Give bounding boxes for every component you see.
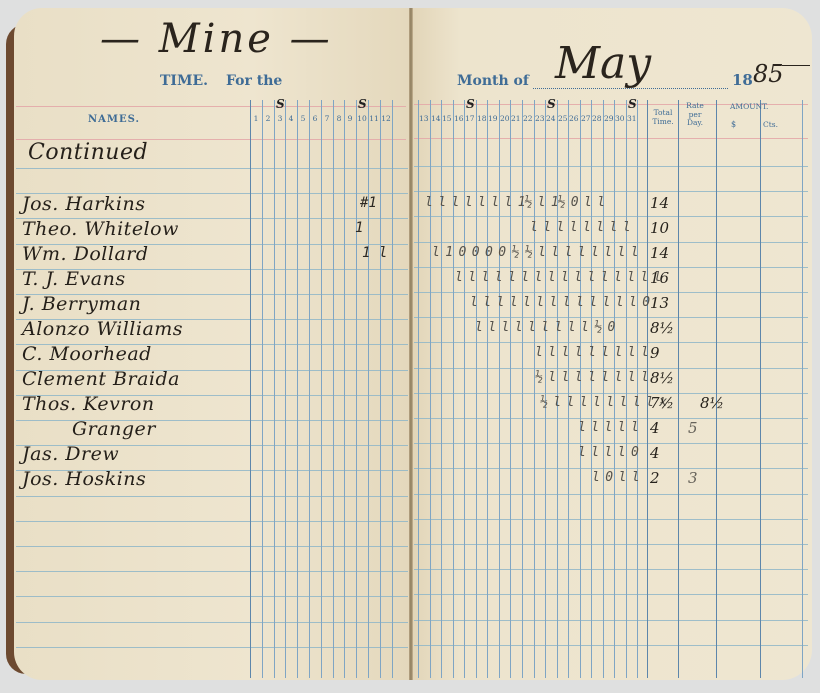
- day-header-7: 7: [322, 114, 333, 123]
- day-header-13: 13: [418, 114, 429, 123]
- row-rule: [16, 622, 408, 623]
- column-rule: [580, 100, 581, 678]
- row-rule: [414, 368, 808, 369]
- total-time-header: Total Time.: [649, 108, 677, 126]
- total-time-value: 4: [650, 444, 690, 462]
- day-marks-right: l l l l l l l l: [530, 220, 629, 235]
- row-rule: [414, 468, 808, 469]
- employee-name: Alonzo Williams: [22, 318, 183, 340]
- row-rule: [16, 571, 408, 572]
- employee-name: Clement Braida: [22, 368, 180, 390]
- column-rule: [716, 100, 717, 678]
- column-rule: [333, 100, 334, 678]
- total-time-value: 7½: [650, 394, 690, 412]
- column-rule: [522, 100, 523, 678]
- row-rule: [414, 418, 808, 419]
- day-header-11: 11: [369, 114, 380, 123]
- column-rule: [603, 100, 604, 678]
- row-rule: [16, 496, 408, 497]
- rate-header-line3: Day.: [680, 119, 710, 128]
- column-rule: [464, 100, 465, 678]
- day-marks-left: #1: [360, 195, 377, 211]
- row-rule: [16, 647, 408, 648]
- row-rule: [414, 645, 808, 646]
- header-rule-top: [16, 106, 406, 107]
- column-rule: [487, 100, 488, 678]
- employee-name: Jos. Hoskins: [22, 468, 146, 490]
- employee-name: J. Berryman: [22, 293, 141, 315]
- rate-per-day-header: Rate per Day.: [680, 102, 710, 128]
- year-flourish: [782, 65, 810, 66]
- total-time-header-line2: Time.: [649, 117, 677, 126]
- rate-per-day-value: 8½: [700, 394, 724, 412]
- column-rule: [647, 100, 648, 678]
- handwritten-title: — Mine —: [100, 16, 333, 62]
- year-suffix: 85: [753, 60, 784, 88]
- total-time-value: 10: [650, 219, 690, 237]
- day-marks-right: l 0 l l: [592, 470, 638, 485]
- names-column-header: NAMES.: [88, 114, 140, 125]
- total-time-value: 4: [650, 419, 690, 437]
- column-rule: [614, 100, 615, 678]
- header-rule-bottom-right: [414, 138, 808, 139]
- column-rule: [557, 100, 558, 678]
- year-prefix: 18: [732, 71, 753, 89]
- day-header-27: 27: [580, 114, 591, 123]
- column-rule: [802, 100, 803, 678]
- day-header-26: 26: [568, 114, 579, 123]
- cents-header: Cts.: [763, 120, 778, 129]
- day-header-16: 16: [453, 114, 464, 123]
- employee-name: C. Moorhead: [22, 343, 152, 365]
- total-time-value: 14: [650, 194, 690, 212]
- day-header-28: 28: [591, 114, 602, 123]
- row-rule: [16, 596, 408, 597]
- row-rule: [414, 317, 808, 318]
- row-rule: [414, 544, 808, 545]
- column-rule: [297, 100, 298, 678]
- column-rule: [591, 100, 592, 678]
- column-rule: [476, 100, 477, 678]
- day-header-24: 24: [545, 114, 556, 123]
- total-time-value: 2: [650, 469, 690, 487]
- column-rule: [418, 100, 419, 678]
- row-rule: [414, 494, 808, 495]
- row-rule: [414, 342, 808, 343]
- employee-name: Wm. Dollard: [22, 243, 149, 265]
- row-rule: [414, 267, 808, 268]
- day-header-10: 10: [357, 114, 368, 123]
- employee-name: Jos. Harkins: [22, 193, 145, 215]
- column-rule: [309, 100, 310, 678]
- amount-header: AMOUNT.: [730, 102, 768, 111]
- column-rule: [545, 100, 546, 678]
- row-rule: [414, 292, 808, 293]
- day-marks-right: l l l l l l l l l l l l l l l l: [455, 270, 660, 285]
- sunday-mark-day-31: S: [628, 97, 637, 111]
- day-header-12: 12: [381, 114, 392, 123]
- total-time-value: 9: [650, 344, 690, 362]
- day-header-19: 19: [487, 114, 498, 123]
- day-marks-right: l l l l l: [578, 420, 638, 435]
- employee-name: Theo. Whitelow: [22, 218, 179, 240]
- day-marks-right: ½ l l l l l l l l: [535, 370, 648, 385]
- day-header-17: 17: [464, 114, 475, 123]
- column-rule: [274, 100, 275, 678]
- employee-name: T. J. Evans: [22, 268, 126, 290]
- day-header-31: 31: [626, 114, 637, 123]
- column-rule: [626, 100, 627, 678]
- row-rule: [414, 242, 808, 243]
- row-rule: [414, 191, 808, 192]
- total-time-value: 8½: [650, 369, 690, 387]
- day-header-4: 4: [286, 114, 297, 123]
- day-header-25: 25: [557, 114, 568, 123]
- column-rule: [250, 100, 251, 678]
- day-marks-right: l l l l l l l l l ½ 0: [475, 320, 614, 335]
- column-rule: [760, 100, 761, 678]
- day-marks-left: 1: [355, 220, 363, 236]
- column-rule: [321, 100, 322, 678]
- day-header-30: 30: [614, 114, 625, 123]
- row-rule: [414, 594, 808, 595]
- day-marks-right: l l l l l l l 1½ l 1½ 0 l l: [425, 195, 604, 210]
- rate-per-day-value: 3: [688, 469, 698, 487]
- row-rule: [414, 569, 808, 570]
- continued-note: Continued: [28, 140, 148, 165]
- day-marks-right: l l l l 0: [578, 445, 638, 460]
- time-book-spread: — Mine — TIME. For the Month of May 18 8…: [0, 0, 820, 693]
- book-gutter: [409, 8, 413, 680]
- column-rule: [510, 100, 511, 678]
- day-header-14: 14: [430, 114, 441, 123]
- column-rule: [534, 100, 535, 678]
- total-time-value: 16: [650, 269, 690, 287]
- row-rule: [16, 168, 408, 169]
- column-rule: [368, 100, 369, 678]
- column-rule: [392, 100, 393, 678]
- day-header-22: 22: [522, 114, 533, 123]
- column-rule: [453, 100, 454, 678]
- row-rule: [414, 393, 808, 394]
- sunday-mark-day-3: S: [276, 97, 285, 111]
- column-rule: [637, 100, 638, 678]
- day-header-5: 5: [298, 114, 309, 123]
- sunday-mark-day-24: S: [547, 97, 556, 111]
- day-marks-left: 1 l: [362, 245, 387, 261]
- column-rule: [262, 100, 263, 678]
- total-time-value: 13: [650, 294, 690, 312]
- column-rule: [380, 100, 381, 678]
- employee-name: Jas. Drew: [22, 443, 119, 465]
- row-rule: [414, 519, 808, 520]
- dollars-header: $: [731, 120, 736, 129]
- sunday-mark-day-10: S: [358, 97, 367, 111]
- day-marks-right: l l l l l l l l l: [535, 345, 648, 360]
- day-header-9: 9: [345, 114, 356, 123]
- row-rule: [414, 166, 808, 167]
- day-header-21: 21: [510, 114, 521, 123]
- row-rule: [414, 620, 808, 621]
- day-header-29: 29: [603, 114, 614, 123]
- column-rule: [499, 100, 500, 678]
- day-header-8: 8: [334, 114, 345, 123]
- day-header-23: 23: [534, 114, 545, 123]
- column-rule: [285, 100, 286, 678]
- column-rule: [344, 100, 345, 678]
- day-header-15: 15: [441, 114, 452, 123]
- time-label: TIME.: [160, 73, 208, 89]
- total-time-header-line1: Total: [649, 108, 677, 117]
- day-marks-right: l l l l l l l l l l l l l 0: [470, 295, 649, 310]
- day-header-1: 1: [251, 114, 262, 123]
- day-header-6: 6: [310, 114, 321, 123]
- day-marks-right: ½ l l l l l l l l x: [540, 395, 666, 410]
- total-time-value: 8½: [650, 319, 690, 337]
- column-rule: [441, 100, 442, 678]
- sunday-mark-day-17: S: [466, 97, 475, 111]
- row-rule: [414, 443, 808, 444]
- employee-name: Thos. Kevron: [22, 393, 155, 415]
- total-time-value: 14: [650, 244, 690, 262]
- day-marks-right: l 1 0 0 0 0 ½ ½ l l l l l l l l: [432, 245, 637, 260]
- column-rule: [356, 100, 357, 678]
- day-header-18: 18: [476, 114, 487, 123]
- rate-per-day-value: 5: [688, 419, 698, 437]
- employee-name: Granger: [72, 418, 156, 440]
- for-the-label: For the: [226, 73, 282, 89]
- month-of-label: Month of: [457, 73, 529, 89]
- month-value: May: [555, 38, 651, 89]
- row-rule: [16, 546, 408, 547]
- column-rule: [430, 100, 431, 678]
- column-rule: [678, 100, 679, 678]
- day-header-3: 3: [275, 114, 286, 123]
- day-header-2: 2: [263, 114, 274, 123]
- row-rule: [16, 521, 408, 522]
- column-rule: [568, 100, 569, 678]
- row-rule: [414, 216, 808, 217]
- day-header-20: 20: [499, 114, 510, 123]
